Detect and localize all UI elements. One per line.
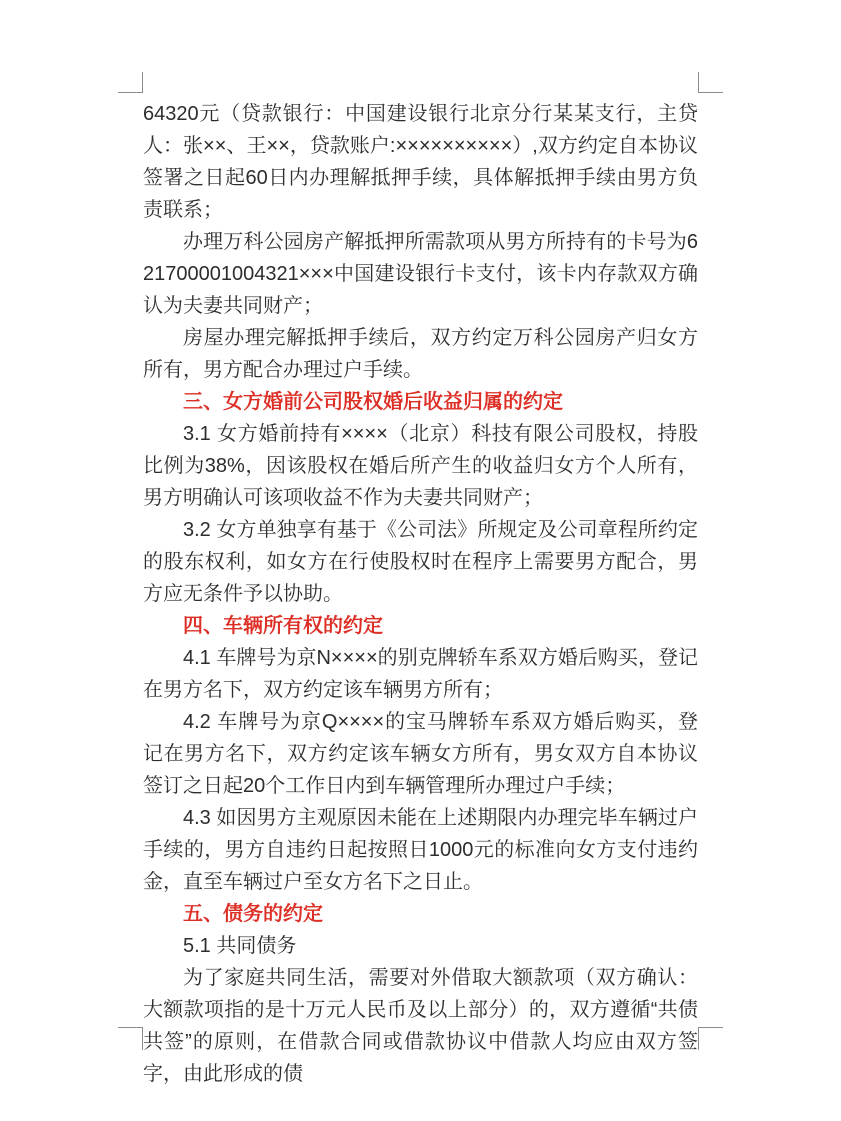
paragraph: 办理万科公园房产解抵押所需款项从男方所持有的卡号为621700001004321… xyxy=(143,226,698,322)
paragraph: 4.2 车牌号为京Q××××的宝马牌轿车系双方婚后购买，登记在男方名下，双方约定… xyxy=(143,706,698,802)
crop-mark-top-left-icon xyxy=(118,72,143,93)
document-body: 64320元（贷款银行：中国建设银行北京分行某某支行，主贷人：张××、王××，贷… xyxy=(143,98,698,1090)
paragraph: 3.1 女方婚前持有××××（北京）科技有限公司股权，持股比例为38%，因该股权… xyxy=(143,418,698,514)
crop-mark-bottom-right-icon xyxy=(698,1027,723,1050)
section-heading: 五、债务的约定 xyxy=(143,898,698,930)
document-page: 64320元（贷款银行：中国建设银行北京分行某某支行，主贷人：张××、王××，贷… xyxy=(0,0,841,1121)
section-heading: 三、女方婚前公司股权婚后收益归属的约定 xyxy=(143,386,698,418)
paragraph: 64320元（贷款银行：中国建设银行北京分行某某支行，主贷人：张××、王××，贷… xyxy=(143,98,698,226)
crop-mark-top-right-icon xyxy=(698,72,723,93)
paragraph: 为了家庭共同生活，需要对外借取大额款项（双方确认：大额款项指的是十万元人民币及以… xyxy=(143,962,698,1090)
paragraph: 4.1 车牌号为京N××××的别克牌轿车系双方婚后购买，登记在男方名下，双方约定… xyxy=(143,642,698,706)
paragraph: 房屋办理完解抵押手续后，双方约定万科公园房产归女方所有，男方配合办理过户手续。 xyxy=(143,322,698,386)
section-heading: 四、车辆所有权的约定 xyxy=(143,610,698,642)
crop-mark-bottom-left-icon xyxy=(118,1027,143,1050)
paragraph: 4.3 如因男方主观原因未能在上述期限内办理完毕车辆过户手续的，男方自违约日起按… xyxy=(143,802,698,898)
paragraph: 3.2 女方单独享有基于《公司法》所规定及公司章程所约定的股东权利，如女方在行使… xyxy=(143,514,698,610)
paragraph: 5.1 共同债务 xyxy=(143,930,698,962)
